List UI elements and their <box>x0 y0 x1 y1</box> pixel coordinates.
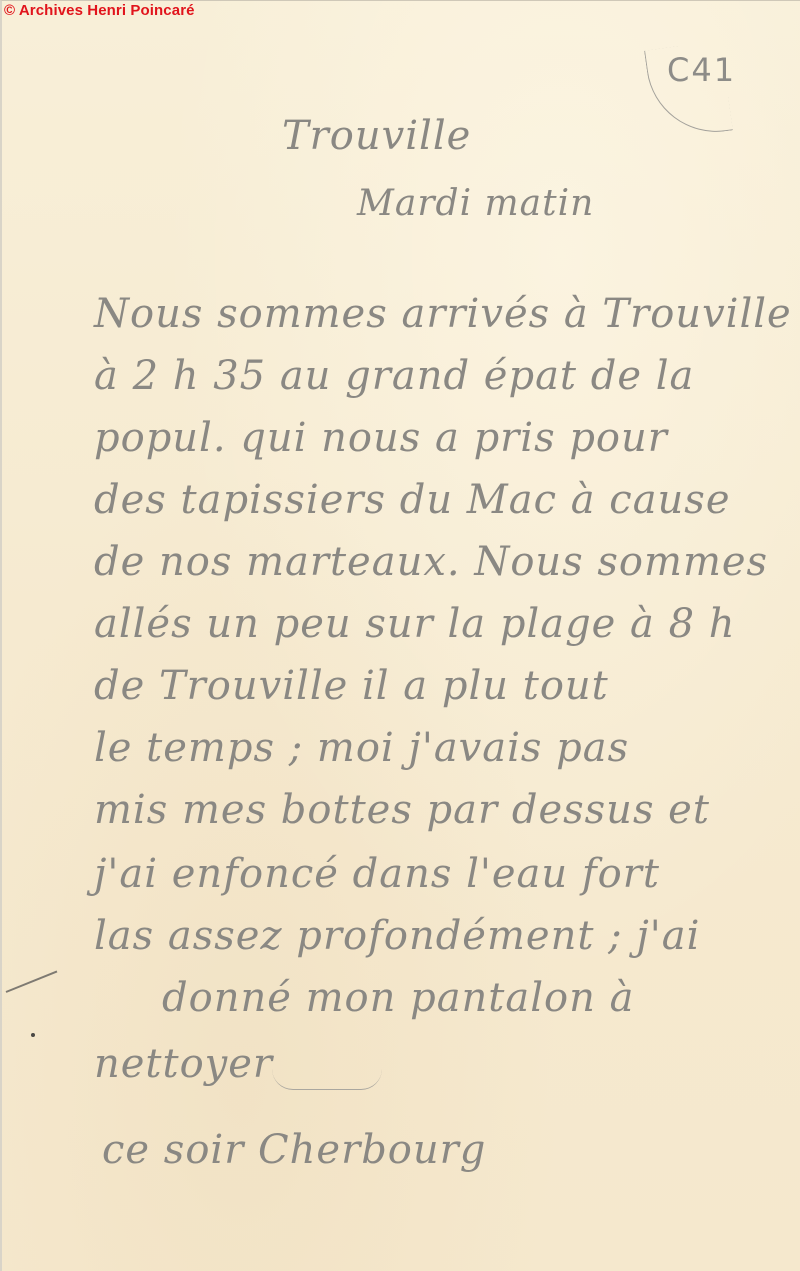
body-line: nettoyer <box>94 1041 273 1087</box>
body-line: ce soir Cherbourg <box>102 1127 486 1173</box>
body-line: popul. qui nous a pris pour <box>94 415 668 461</box>
body-line: allés un peu sur la plage à 8 h <box>94 601 736 647</box>
letter-date: Mardi matin <box>357 183 594 224</box>
body-line: j'ai enfoncé dans l'eau fort <box>94 851 660 897</box>
body-line: le temps ; moi j'avais pas <box>94 725 629 771</box>
manuscript-page: © Archives Henri Poincaré C41 Trouville … <box>0 0 800 1271</box>
archive-reference: C41 <box>667 51 736 89</box>
body-line: donné mon pantalon à <box>162 975 634 1021</box>
body-line: mis mes bottes par dessus et <box>94 787 710 833</box>
copyright-label: © Archives Henri Poincaré <box>4 2 195 19</box>
body-line: de nos marteaux. Nous sommes <box>94 539 768 585</box>
letter-place: Trouville <box>282 113 471 159</box>
body-line: des tapissiers du Mac à cause <box>94 477 731 523</box>
flourish-underline <box>272 1069 382 1090</box>
body-line: Nous sommes arrivés à Trouville <box>94 291 792 337</box>
margin-dot <box>31 1033 35 1037</box>
body-line: las assez profondément ; j'ai <box>94 913 700 959</box>
body-line: à 2 h 35 au grand épat de la <box>94 353 694 399</box>
body-line: de Trouville il a plu tout <box>94 663 609 709</box>
margin-pencil-stroke <box>6 970 58 992</box>
